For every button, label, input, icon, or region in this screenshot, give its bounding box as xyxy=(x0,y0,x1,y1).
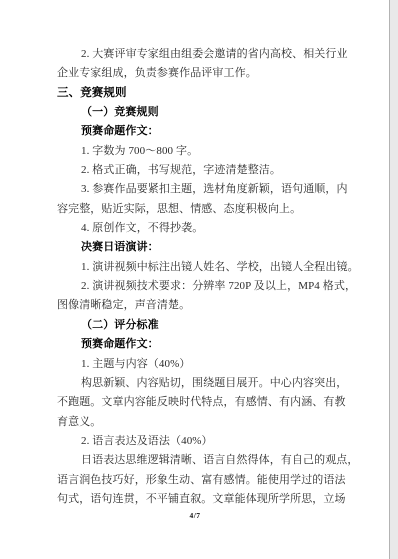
text-line: 三、竞赛规则 xyxy=(57,84,352,103)
text-line: 1. 演讲视频中标注出镜人姓名、学校，出镜人全程出镜。 xyxy=(57,258,352,277)
text-line: 1. 字数为 700～800 字。 xyxy=(57,142,352,161)
text-line: 决赛日语演讲： xyxy=(57,238,352,257)
document-page: 2. 大赛评审专家组由组委会邀请的省内高校、相关行业企业专家组成，负责参赛作品评… xyxy=(0,0,390,559)
pdf-viewer: 2. 大赛评审专家组由组委会邀请的省内高校、相关行业企业专家组成，负责参赛作品评… xyxy=(0,0,398,559)
text-line: 2. 格式正确，书写规范，字迹清楚整洁。 xyxy=(57,161,352,180)
text-line: （一）竞赛规则 xyxy=(57,103,352,122)
text-line: 2. 语言表达及语法（40%） xyxy=(57,432,352,451)
text-line: 图像清晰稳定，声音清楚。 xyxy=(57,296,352,315)
text-line: 4. 原创作文，不得抄袭。 xyxy=(57,219,352,238)
text-line: 构思新颖、内容贴切，围绕题目展开。中心内容突出， xyxy=(57,374,352,393)
text-line: 企业专家组成，负责参赛作品评审工作。 xyxy=(57,64,352,83)
text-line: 2. 演讲视频技术要求：分辨率 720P 及以上，MP4 格式， xyxy=(57,277,352,296)
text-line: 1. 主题与内容（40%） xyxy=(57,355,352,374)
text-line: 预赛命题作文： xyxy=(57,335,352,354)
text-line: 句式，语句连贯，不平铺直叙。文章能体现所学所思，立场 xyxy=(57,490,352,509)
text-line: 3. 参赛作品要紧扣主题，选材角度新颖，语句通顺，内 xyxy=(57,180,352,199)
viewer-gutter xyxy=(391,0,398,559)
text-line: 不跑题。文章内容能反映时代特点，有感情、有内涵、有教 xyxy=(57,393,352,412)
text-line: 2. 大赛评审专家组由组委会邀请的省内高校、相关行业 xyxy=(57,45,352,64)
document-text-block: 2. 大赛评审专家组由组委会邀请的省内高校、相关行业企业专家组成，负责参赛作品评… xyxy=(57,45,352,509)
text-line: 语言润色技巧好，形象生动、富有感情。能使用学过的语法 xyxy=(57,471,352,490)
text-line: （二）评分标准 xyxy=(57,316,352,335)
text-line: 育意义。 xyxy=(57,413,352,432)
text-line: 预赛命题作文： xyxy=(57,122,352,141)
text-line: 日语表达思维逻辑清晰、语言自然得体，有自己的观点， xyxy=(57,451,352,470)
text-line: 容完整，贴近实际，思想、情感、态度积极向上。 xyxy=(57,200,352,219)
page-number: 4/7 xyxy=(0,511,390,520)
